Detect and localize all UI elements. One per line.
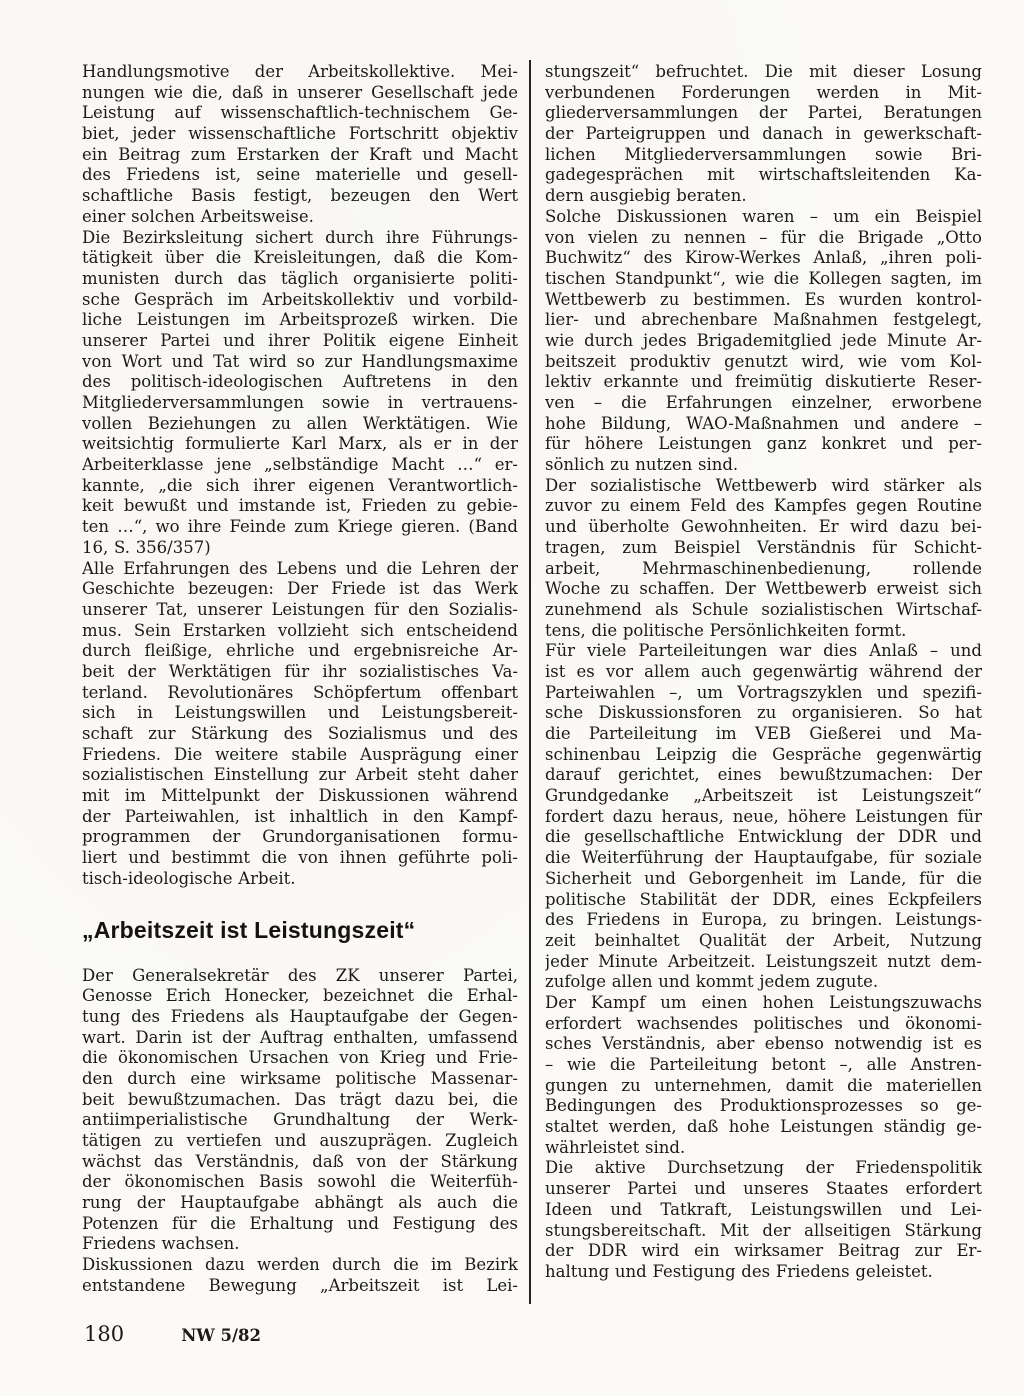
- text-line: Buchwitz“ des Kirow-Werkes Anlaß, „ihren…: [545, 248, 982, 269]
- text-line: munisten durch das täglich organisierte …: [82, 269, 518, 290]
- text-line: Grundgedanke „Arbeitszeit ist Leistungsz…: [545, 786, 982, 807]
- text-line: unserer Partei und ihrer Politik eigene …: [82, 331, 518, 352]
- text-line: entstandene Bewegung „Arbeitszeit ist Le…: [82, 1276, 518, 1297]
- text-line: vollen Beziehungen zu allen Werktätigen.…: [82, 414, 518, 435]
- text-line: Friedens wachsen.: [82, 1234, 518, 1255]
- text-line: der ökonomischen Basis sowohl die Weiter…: [82, 1172, 518, 1193]
- text-line: Der Generalsekretär des ZK unserer Parte…: [82, 966, 518, 987]
- text-line: staltet werden, daß hohe Leistungen stän…: [545, 1117, 982, 1138]
- text-line: ein Beitrag zum Erstarken der Kraft und …: [82, 145, 518, 166]
- scanned-page: Handlungsmotive der Arbeitskollektive. M…: [0, 0, 1024, 1396]
- text-line: die ökonomischen Ursachen von Krieg und …: [82, 1048, 518, 1069]
- text-line: tragen, zum Beispiel Verständnis für Sch…: [545, 538, 982, 559]
- text-line: ven – die Erfahrungen einzelner, erworbe…: [545, 393, 982, 414]
- text-line: Leistung auf wissenschaftlich-technische…: [82, 103, 518, 124]
- text-line: Woche zu schaffen. Der Wettbewerb erweis…: [545, 579, 982, 600]
- text-line: Arbeiterklasse jene „selbständige Macht …: [82, 455, 518, 476]
- text-line: schaft zur Stärkung des Sozialismus und …: [82, 724, 518, 745]
- text-line: Für viele Parteileitungen war dies Anlaß…: [545, 641, 982, 662]
- text-line: haltung und Festigung des Friedens gelei…: [545, 1262, 982, 1283]
- text-line: rung der Hauptaufgabe abhängt als auch d…: [82, 1193, 518, 1214]
- text-line: lier- und abrechenbare Maßnahmen festgel…: [545, 310, 982, 331]
- text-line: biet, jeder wissenschaftliche Fortschrit…: [82, 124, 518, 145]
- text-line: tisch-ideologische Arbeit.: [82, 869, 518, 890]
- text-line: der DDR wird ein wirksamer Beitrag zur E…: [545, 1241, 982, 1262]
- text-line: durch fleißige, ehrliche und ergebnisrei…: [82, 641, 518, 662]
- text-line: einer solchen Arbeitsweise.: [82, 207, 518, 228]
- text-line: wart. Darin ist der Auftrag enthalten, u…: [82, 1028, 518, 1049]
- text-line: Diskussionen dazu werden durch die im Be…: [82, 1255, 518, 1276]
- text-line: – wie die Parteileitung betont –, alle A…: [545, 1055, 982, 1076]
- text-line: 16, S. 356/357): [82, 538, 518, 559]
- text-line: Der sozialistische Wettbewerb wird stärk…: [545, 476, 982, 497]
- text-line: der Parteigruppen und danach in gewerksc…: [545, 124, 982, 145]
- text-line: zunehmend als Schule sozialistischen Wir…: [545, 600, 982, 621]
- text-line: Bedingungen des Produktionsprozesses so …: [545, 1096, 982, 1117]
- text-line: unserer Partei und unseres Staates erfor…: [545, 1179, 982, 1200]
- text-line: Wettbewerb zu bestimmen. Es wurden kontr…: [545, 290, 982, 311]
- text-line: Alle Erfahrungen des Lebens und die Lehr…: [82, 559, 518, 580]
- text-line: Der Kampf um einen hohen Leistungszuwach…: [545, 993, 982, 1014]
- text-line: Handlungsmotive der Arbeitskollektive. M…: [82, 62, 518, 83]
- text-line: verbundenen Forderungen werden in Mit-: [545, 83, 982, 104]
- text-line: die Parteileitung im VEB Gießerei und Ma…: [545, 724, 982, 745]
- section-heading: „Arbeitszeit ist Leistungszeit“: [82, 916, 518, 944]
- text-line: gadegesprächen mit wirtschaftsleitenden …: [545, 165, 982, 186]
- text-line: die Weiterführung der Hauptaufgabe, für …: [545, 848, 982, 869]
- page-footer: 180 NW 5/82: [84, 1322, 484, 1346]
- text-line: liert und bestimmt die von ihnen geführt…: [82, 848, 518, 869]
- page-number: 180: [84, 1322, 124, 1346]
- text-line: von Wort und Tat wird so zur Handlungsma…: [82, 352, 518, 373]
- text-line: nungen wie die, daß in unserer Gesellsch…: [82, 83, 518, 104]
- text-line: sich in Leistungswillen und Leistungsber…: [82, 703, 518, 724]
- text-line: weitsichtig formulierte Karl Marx, als e…: [82, 434, 518, 455]
- text-line: mus. Sein Erstarken vollzieht sich entsc…: [82, 621, 518, 642]
- text-line: Die Bezirksleitung sichert durch ihre Fü…: [82, 228, 518, 249]
- text-line: mit im Mittelpunkt der Diskussionen währ…: [82, 786, 518, 807]
- text-line: fordert dazu heraus, neue, höhere Leistu…: [545, 807, 982, 828]
- text-line: für höhere Leistungen ganz konkret und p…: [545, 434, 982, 455]
- right-column: stungszeit“ befruchtet. Die mit dieser L…: [545, 62, 982, 1283]
- text-line: tätigen zu vertiefen und auszuprägen. Zu…: [82, 1131, 518, 1152]
- text-line: tens, die politische Persönlichkeiten fo…: [545, 621, 982, 642]
- text-line: gungen zu unternehmen, damit die materie…: [545, 1076, 982, 1097]
- text-line: beitszeit produktiv genutzt wird, wie vo…: [545, 352, 982, 373]
- text-line: der Parteiwahlen, ist inhaltlich in den …: [82, 807, 518, 828]
- text-line: sönlich zu nutzen sind.: [545, 455, 982, 476]
- text-line: Solche Diskussionen waren – um ein Beisp…: [545, 207, 982, 228]
- text-line: politische Stabilität der DDR, eines Eck…: [545, 890, 982, 911]
- text-line: Mitgliederversammlungen sowie in vertrau…: [82, 393, 518, 414]
- text-line: währleistet sind.: [545, 1138, 982, 1159]
- text-line: sozialistischen Einstellung zur Arbeit s…: [82, 765, 518, 786]
- text-line: Ideen und Tatkraft, Leistungswillen und …: [545, 1200, 982, 1221]
- text-line: beit der Werktätigen für ihr sozialistis…: [82, 662, 518, 683]
- text-line: wächst das Verständnis, daß von der Stär…: [82, 1152, 518, 1173]
- text-line: sche Gespräch im Arbeitskollektiv und vo…: [82, 290, 518, 311]
- text-line: erfordert wachsendes politisches und öko…: [545, 1014, 982, 1035]
- text-line: und überholte Gewohnheiten. Er wird dazu…: [545, 517, 982, 538]
- text-line: gliederversammlungen der Partei, Beratun…: [545, 103, 982, 124]
- text-line: Genosse Erich Honecker, bezeichnet die E…: [82, 986, 518, 1007]
- text-line: jeder Minute Arbeitzeit. Leistungszeit n…: [545, 952, 982, 973]
- text-line: von vielen zu nennen – für die Brigade „…: [545, 228, 982, 249]
- left-column: Handlungsmotive der Arbeitskollektive. M…: [82, 62, 518, 1297]
- text-line: programmen der Grundorganisationen formu…: [82, 827, 518, 848]
- text-line: tätigkeit über die Kreisleitungen, daß d…: [82, 248, 518, 269]
- text-line: liche Leistungen im Arbeitsprozeß wirken…: [82, 310, 518, 331]
- text-line: tung des Friedens als Hauptaufgabe der G…: [82, 1007, 518, 1028]
- text-line: ist es vor allem auch gegenwärtig währen…: [545, 662, 982, 683]
- text-line: zuvor zu einem Feld des Kampfes gegen Ro…: [545, 496, 982, 517]
- text-line: stungsbereitschaft. Mit der allseitigen …: [545, 1221, 982, 1242]
- text-line: antiimperialistische Grundhaltung der We…: [82, 1110, 518, 1131]
- text-line: des Friedens ist, seine materielle und g…: [82, 165, 518, 186]
- text-line: dern ausgiebig beraten.: [545, 186, 982, 207]
- text-line: den durch eine wirksame politische Masse…: [82, 1069, 518, 1090]
- text-line: tischen Standpunkt“, wie die Kollegen sa…: [545, 269, 982, 290]
- text-line: lektiv erkannte und freimütig diskutiert…: [545, 372, 982, 393]
- text-line: Friedens. Die weitere stabile Ausprägung…: [82, 745, 518, 766]
- text-line: terland. Revolutionäres Schöpfertum offe…: [82, 683, 518, 704]
- text-line: des politisch-ideologischen Auftretens i…: [82, 372, 518, 393]
- text-line: Die aktive Durchsetzung der Friedenspoli…: [545, 1158, 982, 1179]
- text-line: Geschichte bezeugen: Der Friede ist das …: [82, 579, 518, 600]
- text-line: die gesellschaftliche Entwicklung der DD…: [545, 827, 982, 848]
- text-line: des Friedens in Europa, zu bringen. Leis…: [545, 910, 982, 931]
- text-line: zeit beinhaltet Qualität der Arbeit, Nut…: [545, 931, 982, 952]
- text-line: zufolge allen und kommt jedem zugute.: [545, 972, 982, 993]
- text-line: schaftliche Basis festigt, bezeugen den …: [82, 186, 518, 207]
- text-line: Potenzen für die Erhaltung und Festigung…: [82, 1214, 518, 1235]
- text-line: Parteiwahlen –, um Vortragszyklen und sp…: [545, 683, 982, 704]
- text-line: beit bewußtzumachen. Das trägt dazu bei,…: [82, 1090, 518, 1111]
- text-line: ten …“, wo ihre Feinde zum Kriege gieren…: [82, 517, 518, 538]
- text-line: arbeit, Mehrmaschinenbedienung, rollende: [545, 559, 982, 580]
- text-line: Sicherheit und Geborgenheit im Lande, fü…: [545, 869, 982, 890]
- text-line: lichen Mitgliederversammlungen sowie Bri…: [545, 145, 982, 166]
- text-line: stungszeit“ befruchtet. Die mit dieser L…: [545, 62, 982, 83]
- text-line: sche Diskussionsforen zu organisieren. S…: [545, 703, 982, 724]
- text-line: wie durch jedes Brigademitglied jede Min…: [545, 331, 982, 352]
- text-line: hohe Bildung, WAO-Maßnahmen und andere –: [545, 414, 982, 435]
- text-line: kannte, „die sich ihrer eigenen Verantwo…: [82, 476, 518, 497]
- text-line: unserer Tat, unserer Leistungen für den …: [82, 600, 518, 621]
- text-line: schinenbau Leipzig die Gespräche gegenwä…: [545, 745, 982, 766]
- journal-issue-reference: NW 5/82: [181, 1326, 261, 1345]
- column-divider-rule: [529, 60, 531, 1304]
- text-line: darauf gerichtet, eines bewußtzumachen: …: [545, 765, 982, 786]
- text-line: keit bewußt und imstande ist, Frieden zu…: [82, 496, 518, 517]
- text-line: sches Verständnis, aber ebenso notwendig…: [545, 1034, 982, 1055]
